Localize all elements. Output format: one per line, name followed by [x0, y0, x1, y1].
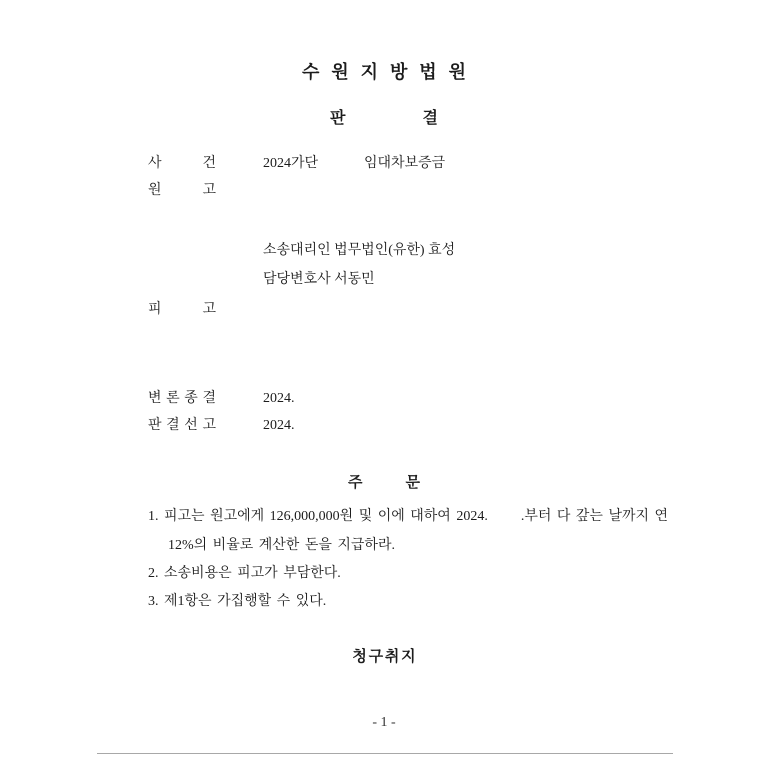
page-number: - 1 -	[372, 715, 395, 730]
hearing-closed-label: 변 론 종 결	[148, 391, 216, 406]
plaintiff-label: 원 고	[148, 183, 216, 198]
doc-title-row: 판 결	[0, 110, 768, 128]
order-item-3: 3. 제1항은 가집행할 수 있다.	[148, 594, 326, 609]
defendant-label: 피 고	[148, 302, 216, 317]
order-item-2: 2. 소송비용은 피고가 부담한다.	[148, 566, 341, 581]
judgment-announced-date: 2024.	[263, 418, 295, 433]
plaintiff-attorney: 담당변호사 서동민	[263, 272, 375, 287]
judgment-announced-label: 판 결 선 고	[148, 418, 216, 433]
case-name: 임대차보증금	[364, 156, 445, 171]
case-number: 2024가단	[263, 156, 318, 171]
order-heading-row: 주 문	[0, 475, 768, 492]
plaintiff-counsel: 소송대리인 법무법인(유한) 효성	[263, 243, 455, 258]
page-number-row: - 1 -	[0, 715, 768, 730]
doc-title: 판 결	[330, 110, 438, 128]
order-item-1-line-2: 12%의 비율로 계산한 돈을 지급하라.	[168, 538, 395, 553]
case-label: 사 건	[148, 156, 216, 171]
claim-heading: 청 구 취 지	[352, 649, 415, 665]
page-bottom-rule	[97, 753, 673, 754]
judgment-document-page: 수 원 지 방 법 원 판 결 사 건 2024가단 임대차보증금 원 고 소송…	[0, 0, 768, 764]
court-name-row: 수 원 지 방 법 원	[0, 63, 768, 83]
order-item-1-line-1: 1. 피고는 원고에게 126,000,000원 및 이에 대하여 2024. …	[148, 509, 668, 524]
court-name: 수 원 지 방 법 원	[302, 63, 466, 83]
order-heading: 주 문	[348, 475, 420, 492]
hearing-closed-date: 2024.	[263, 391, 295, 406]
claim-heading-row: 청 구 취 지	[0, 649, 768, 666]
